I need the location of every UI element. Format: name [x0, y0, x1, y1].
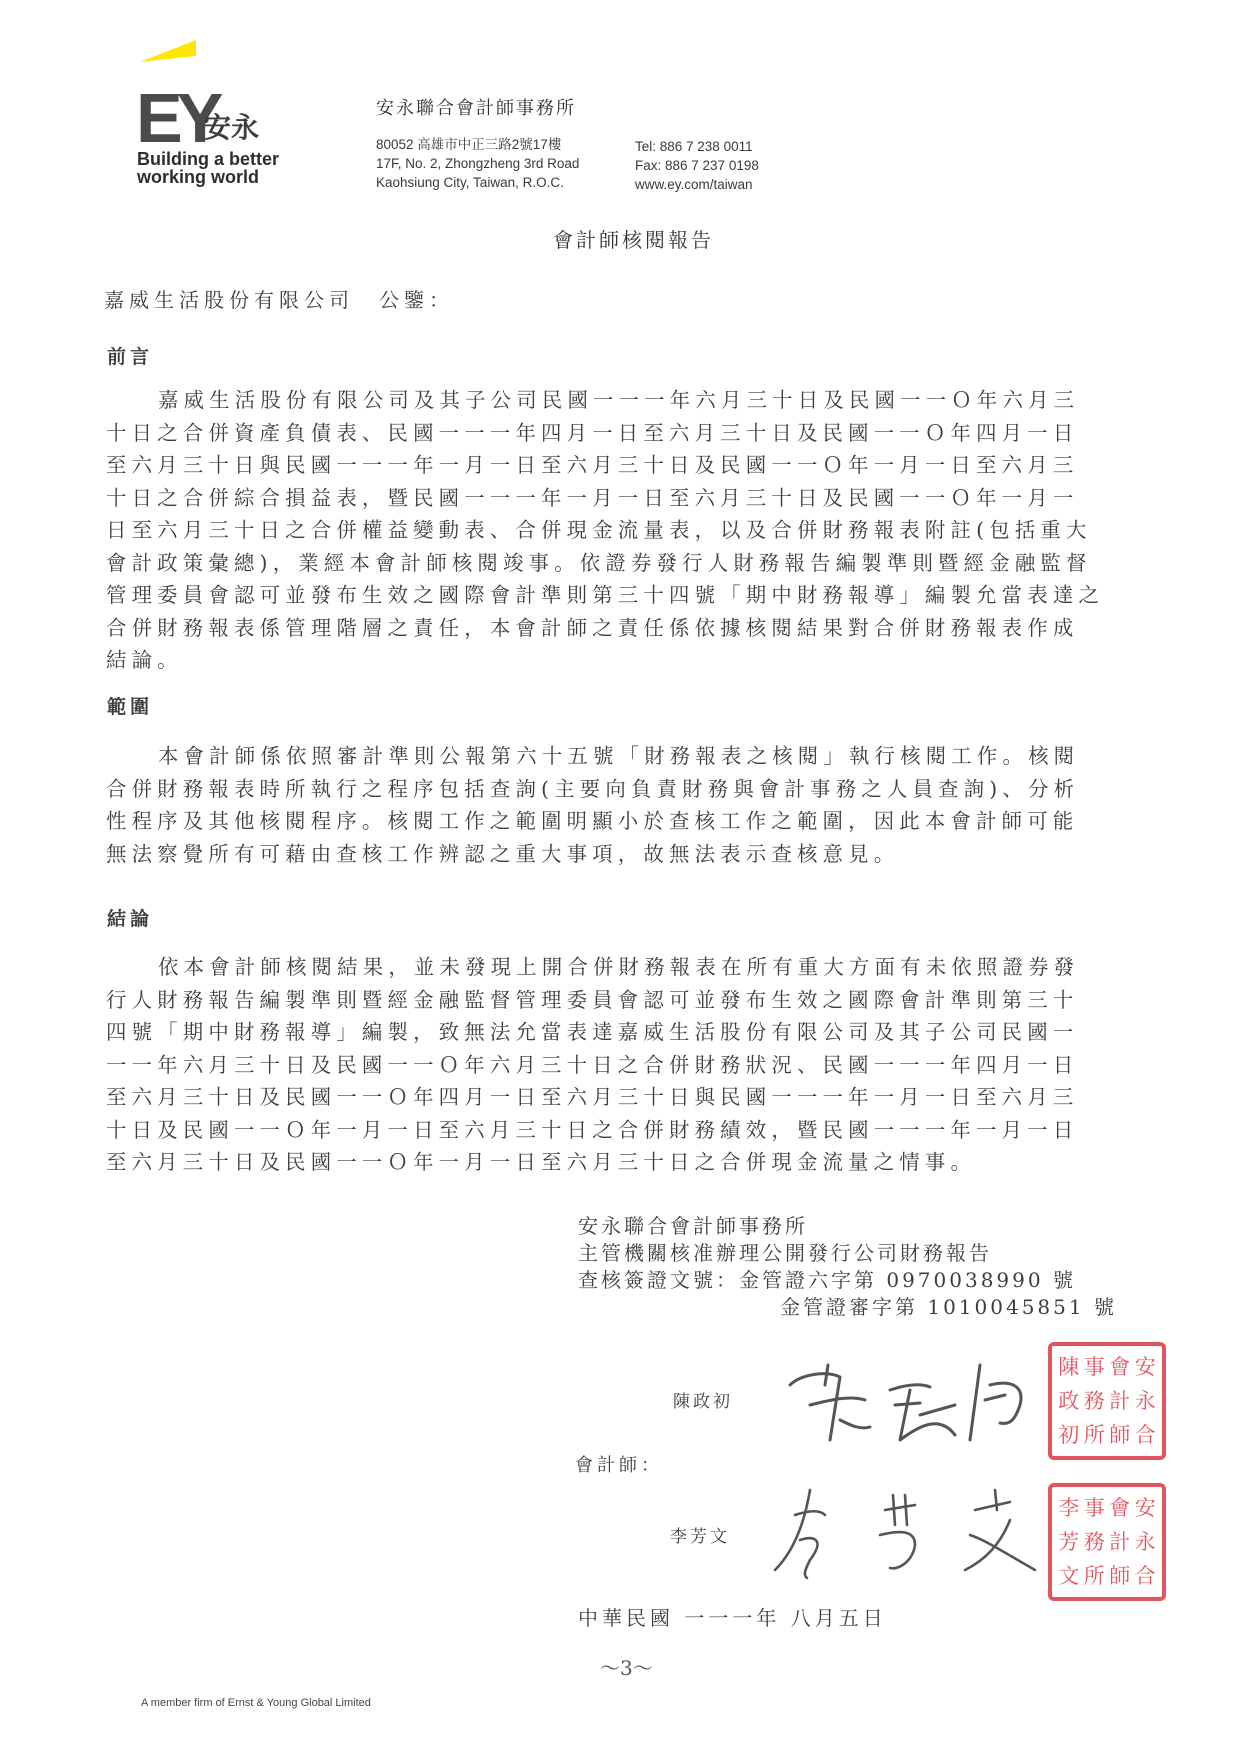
- section-heading-scope: 範圍: [107, 692, 153, 719]
- paragraph-line: 合併財務報表時所執行之程序包括查詢(主要向負責財務與會計事務之人員查詢)、分析: [106, 773, 1136, 806]
- seal-char: 所: [1082, 1418, 1108, 1452]
- ey-logo-chinese: 安永: [203, 113, 259, 143]
- paragraph-line: 性程序及其他核閱程序。核閱工作之範圍明顯小於查核工作之範圍，因此本會計師可能: [106, 805, 1136, 838]
- seal-char: 合: [1133, 1559, 1159, 1593]
- report-date: 中華民國 一一一年 八月五日: [578, 1602, 887, 1631]
- ey-logo-beam-icon: [140, 30, 200, 70]
- handwritten-signature-li: [765, 1480, 1045, 1580]
- firm-address: 80052 高雄市中正三路2號17樓 17F, No. 2, Zhongzhen…: [376, 135, 579, 192]
- firm-contact: Tel: 886 7 238 0011 Fax: 886 7 237 0198 …: [635, 137, 759, 194]
- seal-char: 永: [1133, 1384, 1159, 1418]
- paragraph-line: 嘉威生活股份有限公司及其子公司民國一一一年六月三十日及民國一一Ｏ年六月三: [106, 384, 1136, 417]
- footer-member-firm: A member firm of Ernst & Young Global Li…: [141, 1697, 371, 1709]
- page-number: ～3～: [600, 1652, 653, 1681]
- seal-char: 會: [1107, 1350, 1133, 1384]
- seal-char: 所: [1082, 1559, 1108, 1593]
- paragraph-line: 結論。: [106, 644, 1136, 677]
- seal-char: 李: [1056, 1491, 1082, 1525]
- section-heading-introduction: 前言: [107, 342, 153, 369]
- signature-firm-name: 安永聯合會計師事務所: [578, 1213, 1117, 1240]
- address-line-3: Kaohsiung City, Taiwan, R.O.C.: [376, 173, 579, 192]
- paragraph-line: 本會計師係依照審計準則公報第六十五號「財務報表之核閱」執行核閱工作。核閱: [106, 740, 1136, 773]
- paragraph-line: 四號「期中財務報導」編製，致無法允當表達嘉威生活股份有限公司及其子公司民國一: [106, 1016, 1136, 1049]
- section-heading-conclusion: 結論: [107, 904, 153, 931]
- website-link[interactable]: www.ey.com/taiwan: [635, 175, 759, 194]
- paragraph-line: 合併財務報表係管理階層之責任，本會計師之責任係依據核閱結果對合併財務報表作成: [106, 612, 1136, 645]
- seal-char: 陳: [1056, 1350, 1082, 1384]
- signer-name-li: 李芳文: [670, 1522, 730, 1547]
- paragraph-line: 會計政策彙總)，業經本會計師核閱竣事。依證券發行人財務報告編製準則暨經金融監督: [106, 547, 1136, 580]
- firm-name: 安永聯合會計師事務所: [376, 94, 576, 120]
- certificate-number-1: 查核簽證文號：金管證六字第 0970038990 號: [578, 1267, 1117, 1294]
- seal-char: 芳: [1056, 1525, 1082, 1559]
- paragraph-line: 管理委員會認可並發布生效之國際會計準則第三十四號「期中財務報導」編製允當表達之: [106, 579, 1136, 612]
- seal-char: 初: [1056, 1418, 1082, 1452]
- signature-authority: 主管機關核准辦理公開發行公司財務報告: [578, 1240, 1117, 1267]
- seal-char: 計: [1107, 1525, 1133, 1559]
- seal-li: 安 會 事 李 永 計 務 芳 合 師 所 文: [1048, 1483, 1166, 1601]
- seal-char: 文: [1056, 1559, 1082, 1593]
- certificate-number-2: 金管證審字第 1010045851 號: [578, 1294, 1117, 1321]
- paragraph-line: 行人財務報告編製準則暨經金融監督管理委員會認可並發布生效之國際會計準則第三十: [106, 984, 1136, 1017]
- address-line-1: 80052 高雄市中正三路2號17樓: [376, 135, 579, 154]
- paragraph-line: 十日之合併綜合損益表，暨民國一一一年一月一日至六月三十日及民國一一Ｏ年一月一: [106, 482, 1136, 515]
- paragraph-line: 無法察覺所有可藉由查核工作辨認之重大事項，故無法表示查核意見。: [106, 838, 1136, 871]
- ey-tagline: Building a better working world: [137, 150, 279, 186]
- handwritten-signature-chen: [770, 1345, 1040, 1455]
- paragraph-scope: 本會計師係依照審計準則公報第六十五號「財務報表之核閱」執行核閱工作。核閱 合併財…: [106, 740, 1136, 870]
- seal-char: 政: [1056, 1384, 1082, 1418]
- tagline-line-2: working world: [137, 168, 279, 186]
- seal-char: 永: [1133, 1525, 1159, 1559]
- paragraph-line: 日至六月三十日之合併權益變動表、合併現金流量表，以及合併財務報表附註(包括重大: [106, 514, 1136, 547]
- signature-firm-block: 安永聯合會計師事務所 主管機關核准辦理公開發行公司財務報告 查核簽證文號：金管證…: [578, 1213, 1117, 1321]
- cpa-label: 會計師：: [575, 1451, 663, 1477]
- paragraph-line: 十日之合併資產負債表、民國一一一年四月一日至六月三十日及民國一一Ｏ年四月一日: [106, 417, 1136, 450]
- paragraph-conclusion: 依本會計師核閱結果，並未發現上開合併財務報表在所有重大方面有未依照證券發 行人財…: [106, 951, 1136, 1179]
- paragraph-line: 至六月三十日及民國一一Ｏ年四月一日至六月三十日與民國一一一年一月一日至六月三: [106, 1081, 1136, 1114]
- seal-char: 安: [1133, 1350, 1159, 1384]
- paragraph-line: 至六月三十日與民國一一一年一月一日至六月三十日及民國一一Ｏ年一月一日至六月三: [106, 449, 1136, 482]
- paragraph-line: 一一年六月三十日及民國一一Ｏ年六月三十日之合併財務狀況、民國一一一年四月一日: [106, 1049, 1136, 1082]
- addressee: 嘉威生活股份有限公司 公鑒：: [104, 284, 454, 313]
- seal-char: 師: [1107, 1418, 1133, 1452]
- telephone: Tel: 886 7 238 0011: [635, 137, 759, 156]
- signer-name-chen: 陳政初: [673, 1387, 733, 1412]
- seal-chen: 安 會 事 陳 永 計 務 政 合 師 所 初: [1048, 1342, 1166, 1460]
- seal-char: 安: [1133, 1491, 1159, 1525]
- document-title: 會計師核閱報告: [553, 224, 714, 253]
- seal-char: 務: [1082, 1384, 1108, 1418]
- paragraph-line: 十日及民國一一Ｏ年一月一日至六月三十日之合併財務績效，暨民國一一一年一月一日: [106, 1114, 1136, 1147]
- fax: Fax: 886 7 237 0198: [635, 156, 759, 175]
- paragraph-introduction: 嘉威生活股份有限公司及其子公司民國一一一年六月三十日及民國一一Ｏ年六月三 十日之…: [106, 384, 1136, 677]
- paragraph-line: 至六月三十日及民國一一Ｏ年一月一日至六月三十日之合併現金流量之情事。: [106, 1146, 1136, 1179]
- seal-char: 會: [1107, 1491, 1133, 1525]
- seal-char: 計: [1107, 1384, 1133, 1418]
- seal-char: 事: [1082, 1350, 1108, 1384]
- paragraph-line: 依本會計師核閱結果，並未發現上開合併財務報表在所有重大方面有未依照證券發: [106, 951, 1136, 984]
- seal-char: 事: [1082, 1491, 1108, 1525]
- tagline-line-1: Building a better: [137, 150, 279, 168]
- seal-char: 合: [1133, 1418, 1159, 1452]
- address-line-2: 17F, No. 2, Zhongzheng 3rd Road: [376, 154, 579, 173]
- seal-char: 師: [1107, 1559, 1133, 1593]
- seal-char: 務: [1082, 1525, 1108, 1559]
